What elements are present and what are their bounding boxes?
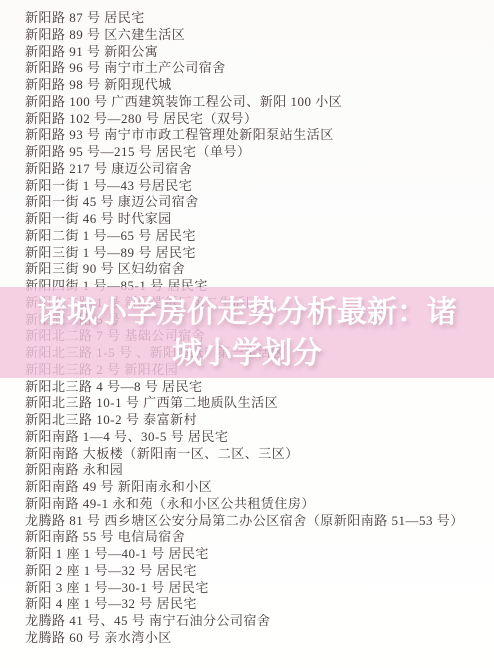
address-line: 新阳路 89 号 区六建生活区: [25, 27, 490, 44]
address-line: 新阳路 93 号 南宁市市政工程管理处新阳泵站生活区: [25, 127, 490, 144]
address-line: 龙腾路 60 号 亲水湾小区: [25, 630, 490, 647]
address-line: 新阳路 217 号 康迈公司宿舍: [25, 161, 490, 178]
address-line: 新阳一街 1 号—43 号居民宅: [25, 178, 490, 195]
address-line: 新阳路 98 号 新阳现代城: [25, 77, 490, 94]
address-line: 新阳 4 座 1 号—32 号 居民宅: [25, 596, 490, 613]
address-line: 龙腾路 81 号 西乡塘区公安分局第二办公区宿舍（原新阳南路 51—53 号）: [25, 513, 490, 530]
address-line: 新阳一街 45 号 康迈公司宿舍: [25, 194, 490, 211]
address-line: 新阳南路 49 号 新阳南永和小区: [25, 479, 490, 496]
address-line: 新阳路 96 号 南宁市土产公司宿舍: [25, 60, 490, 77]
address-line: 新阳路 100 号 广西建筑装饰工程公司、新阳 100 小区: [25, 94, 490, 111]
address-line: 新阳 1 座 1 号—40-1 号 居民宅: [25, 546, 490, 563]
address-line: 新阳路 87 号 居民宅: [25, 10, 490, 27]
address-line: 新阳 3 座 1 号—30-1 号 居民宅: [25, 580, 490, 597]
address-line: 新阳三街 90 号 区妇幼宿舍: [25, 261, 490, 278]
address-line: 新阳南路 大板楼（新阳南一区、二区、三区）: [25, 446, 490, 463]
headline-line-2: 城小学划分: [0, 333, 494, 374]
address-line: 新阳三街 1 号—89 号 居民宅: [25, 245, 490, 262]
address-line: 新阳二街 1 号—65 号 居民宅: [25, 228, 490, 245]
headline-overlay-band: 诸城小学房价走势分析最新：诸 城小学划分: [0, 287, 494, 378]
address-line: 新阳南路 49-1 永和苑（永和小区公共租赁住房）: [25, 496, 490, 513]
address-line: 新阳北三路 4 号—8 号 居民宅: [25, 379, 490, 396]
address-line: 新阳北三路 10-2 号 泰富新村: [25, 412, 490, 429]
address-line: 新阳 2 座 1 号—32 号 居民宅: [25, 563, 490, 580]
address-line: 新阳一街 46 号 时代家园: [25, 211, 490, 228]
address-line: 新阳路 91 号 新阳公寓: [25, 44, 490, 61]
address-line: 新阳南路 永和园: [25, 462, 490, 479]
address-line: 新阳南路 55 号 电信局宿舍: [25, 529, 490, 546]
address-line: 新阳路 102 号—280 号 居民宅（双号）: [25, 111, 490, 128]
address-line: 新阳北三路 10-1 号 广西第二地质队生活区: [25, 395, 490, 412]
headline-line-1: 诸城小学房价走势分析最新：诸: [0, 292, 494, 333]
address-line: 龙腾路 41 号、45 号 南宁石油分公司宿舍: [25, 613, 490, 630]
address-line: 新阳路 95 号—215 号 居民宅（单号）: [25, 144, 490, 161]
address-line: 新阳南路 1—4 号、30-5 号 居民宅: [25, 429, 490, 446]
